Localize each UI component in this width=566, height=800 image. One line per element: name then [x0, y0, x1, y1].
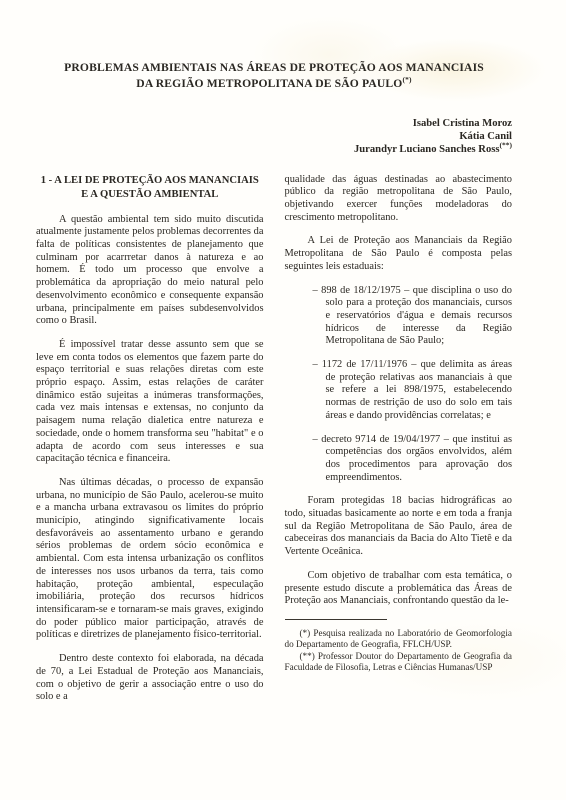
paragraph-continuacao: qualidade das águas destinadas ao abaste…	[285, 174, 513, 225]
paragraph-expansao: Nas últimas décadas, o processo de expan…	[36, 477, 264, 642]
left-column: 1 - A LEI DE PROTEÇÃO AOS MANANCIAIS E A…	[36, 174, 264, 715]
author-block: Isabel Cristina Moroz Kátia Canil Jurand…	[36, 117, 512, 157]
paragraph-objetivo: Com objetivo de trabalhar com esta temát…	[285, 570, 513, 608]
law-item-1172: – 1172 de 17/11/1976 – que delimita as á…	[285, 359, 513, 423]
author-name-1: Isabel Cristina Moroz	[36, 117, 512, 130]
paper-title-text: PROBLEMAS AMBIENTAIS NAS ÁREAS DE PROTEÇ…	[64, 61, 484, 90]
author-name-3: Jurandyr Luciano Sanches Ross(**)	[36, 143, 512, 156]
paragraph-espaco: É impossível tratar desse assunto sem qu…	[36, 339, 264, 466]
footnote-separator-rule	[285, 619, 387, 620]
author-name-2: Kátia Canil	[36, 130, 512, 143]
title-footnote-marker: (*)	[402, 75, 411, 84]
section-1-heading: 1 - A LEI DE PROTEÇÃO AOS MANANCIAIS E A…	[36, 174, 264, 202]
paragraph-contexto: Dentro deste contexto foi elaborada, na …	[36, 653, 264, 704]
law-item-decreto-9714: – decreto 9714 de 19/04/1977 – que insti…	[285, 434, 513, 485]
page-content: PROBLEMAS AMBIENTAIS NAS ÁREAS DE PROTEÇ…	[36, 60, 512, 715]
author-footnote-marker: (**)	[500, 141, 513, 150]
scanned-paper-page: PROBLEMAS AMBIENTAIS NAS ÁREAS DE PROTEÇ…	[0, 0, 566, 800]
paragraph-ambiental: A questão ambiental tem sido muito discu…	[36, 214, 264, 328]
footnote-professor: (**) Professor Doutor do Departamento de…	[285, 651, 513, 674]
two-column-body: 1 - A LEI DE PROTEÇÃO AOS MANANCIAIS E A…	[36, 174, 512, 715]
footnote-pesquisa: (*) Pesquisa realizada no Laboratório de…	[285, 628, 513, 651]
law-item-898: – 898 de 18/12/1975 – que disciplina o u…	[285, 285, 513, 349]
right-column: qualidade das águas destinadas ao abaste…	[285, 174, 513, 715]
paragraph-lei-intro: A Lei de Proteção aos Mananciais da Regi…	[285, 235, 513, 273]
paragraph-bacias: Foram protegidas 18 bacias hidrográficas…	[285, 495, 513, 559]
author-name-3-text: Jurandyr Luciano Sanches Ross	[354, 144, 500, 155]
paper-title: PROBLEMAS AMBIENTAIS NAS ÁREAS DE PROTEÇ…	[36, 60, 512, 91]
